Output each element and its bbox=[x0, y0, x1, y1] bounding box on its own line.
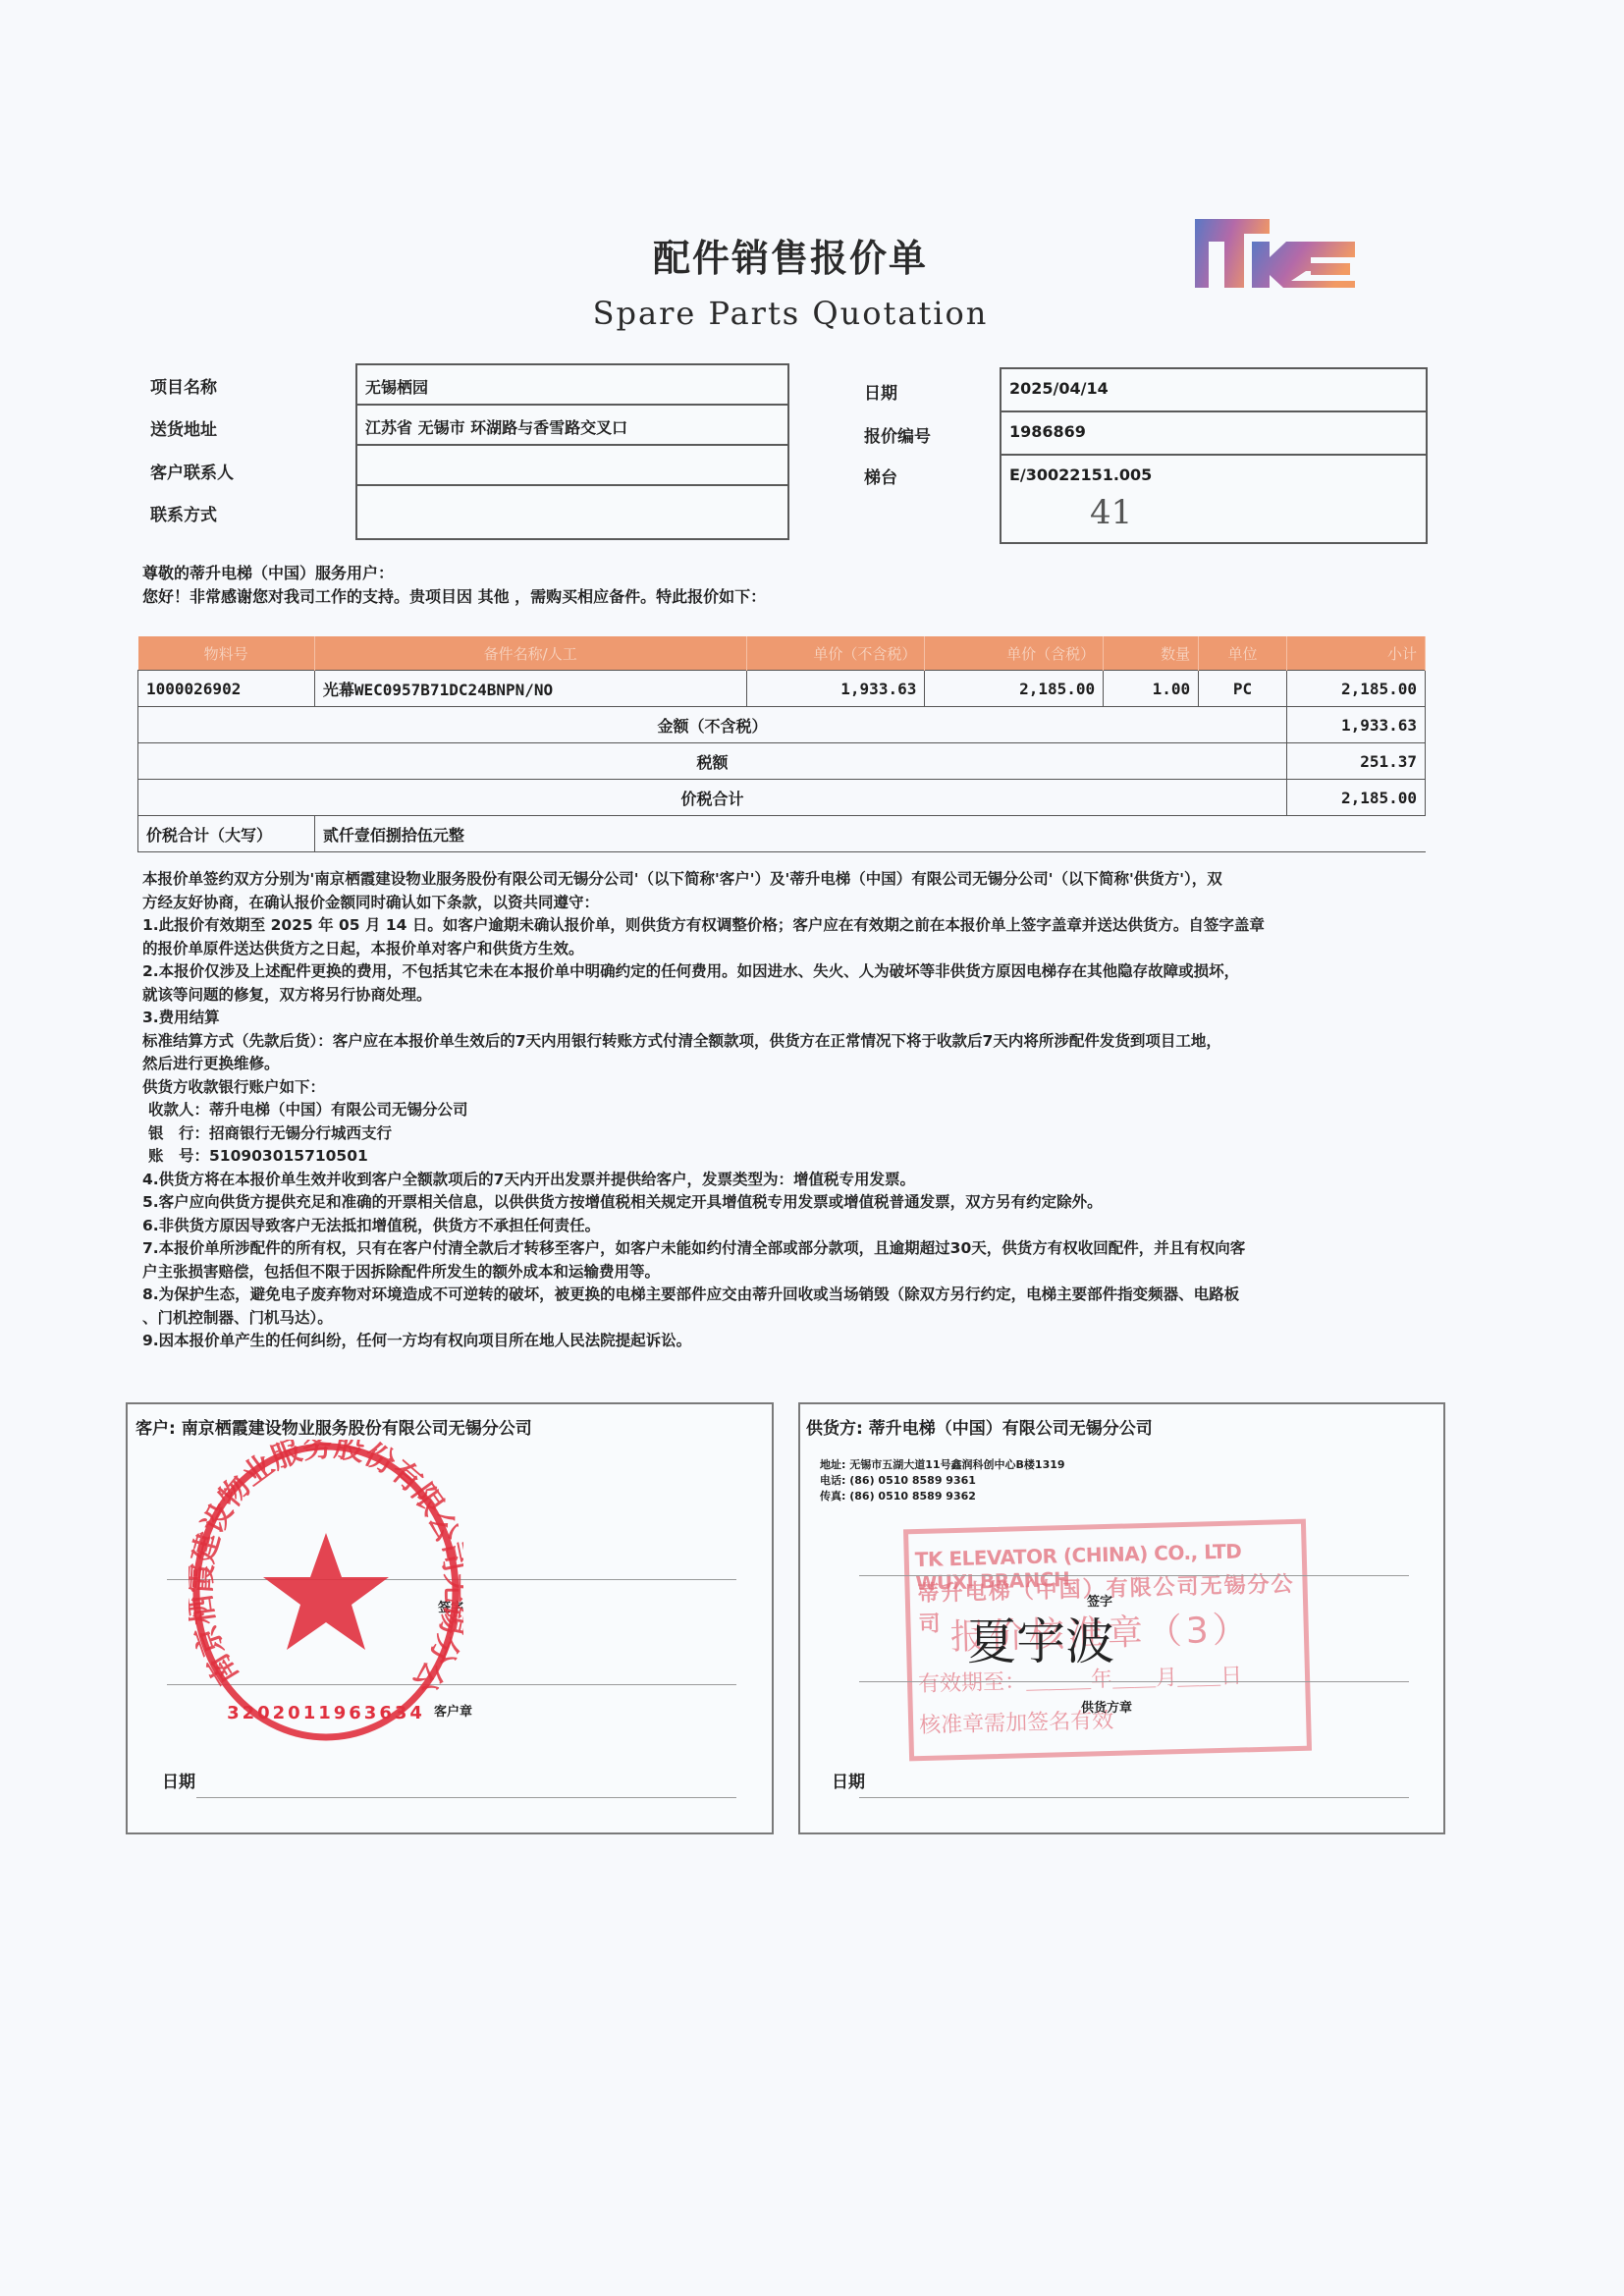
bank-name: 银 行：招商银行无锡分行城西支行 bbox=[142, 1122, 1419, 1146]
supplier-sign-line bbox=[859, 1575, 1409, 1576]
summary-label: 价税合计 bbox=[138, 780, 1287, 816]
cell-unit-price-excl: 1,933.63 bbox=[746, 671, 925, 707]
greeting-line-1: 尊敬的蒂升电梯（中国）服务用户： bbox=[142, 562, 766, 585]
term-2b: 就该等问题的修复，双方将另行协商处理。 bbox=[142, 984, 1419, 1008]
summary-label: 金额（不含税） bbox=[138, 707, 1287, 743]
supplier-fax: 传真: (86) 0510 8589 9362 bbox=[820, 1489, 1065, 1504]
supplier-phone: 电话: (86) 0510 8589 9361 bbox=[820, 1473, 1065, 1489]
quotation-table: 物料号 备件名称/人工 单价（不含税） 单价（含税） 数量 单位 小计 1000… bbox=[137, 636, 1426, 852]
customer-signature-box: 客户: 南京栖霞建设物业服务股份有限公司无锡分公司 签字 客户章 日期 南京栖霞… bbox=[126, 1402, 774, 1834]
label-date: 日期 bbox=[864, 379, 897, 404]
label-quote-no: 报价编号 bbox=[864, 422, 931, 447]
handwritten-signature: 夏宇波 bbox=[967, 1603, 1114, 1673]
summary-value: 2,185.00 bbox=[1287, 780, 1426, 816]
terms-section: 本报价单签约双方分别为'南京栖霞建设物业服务股份有限公司无锡分公司'（以下简称'… bbox=[142, 868, 1419, 1353]
term-3b: 然后进行更换维修。 bbox=[142, 1053, 1419, 1076]
bank-payee: 收款人：蒂升电梯（中国）有限公司无锡分公司 bbox=[142, 1099, 1419, 1122]
col-material-no: 物料号 bbox=[138, 636, 315, 671]
cell-qty: 1.00 bbox=[1104, 671, 1199, 707]
tke-logo-icon bbox=[1193, 214, 1360, 293]
elevator-unit-text: E/30022151.005 bbox=[1009, 465, 1152, 484]
contact-method-value bbox=[357, 486, 787, 533]
supplier-address: 地址: 无锡市五湖大道11号鑫润科创中心B楼1319 bbox=[820, 1457, 1065, 1473]
customer-date-label: 日期 bbox=[162, 1768, 195, 1792]
col-unit-price-incl: 单价（含税） bbox=[925, 636, 1104, 671]
supplier-date-label: 日期 bbox=[832, 1768, 865, 1792]
term-1a: 1.此报价有效期至 2025 年 05 月 14 日。如客户逾期未确认报价单，则… bbox=[142, 914, 1419, 938]
bank-account: 账 号：510903015710501 bbox=[142, 1145, 1419, 1169]
customer-contact-value bbox=[357, 446, 787, 486]
term-3a: 标准结算方式（先款后货）：客户应在本报价单生效后的7天内用银行转账方式付清全额款… bbox=[142, 1030, 1419, 1054]
col-qty: 数量 bbox=[1104, 636, 1199, 671]
col-subtotal: 小计 bbox=[1287, 636, 1426, 671]
total-caps-label: 价税合计（大写） bbox=[138, 816, 315, 852]
greeting-line-2: 您好！非常感谢您对我司工作的支持。贵项目因 其他 ，需购买相应备件。特此报价如下… bbox=[142, 585, 766, 609]
total-caps-value: 贰仟壹佰捌拾伍元整 bbox=[314, 816, 1425, 852]
label-elevator-unit: 梯台 bbox=[864, 464, 897, 488]
supplier-seal-line bbox=[859, 1681, 1409, 1682]
table-row: 1000026902 光幕WEC0957B71DC24BNPN/NO 1,933… bbox=[138, 671, 1426, 707]
customer-date-line bbox=[196, 1797, 736, 1798]
label-customer-contact: 客户联系人 bbox=[150, 459, 234, 483]
page-title-en: Spare Parts Quotation bbox=[0, 295, 1581, 332]
summary-row-total: 价税合计 2,185.00 bbox=[138, 780, 1426, 816]
term-7a: 7.本报价单所涉配件的所有权，只有在客户付清全款后才转移至客户，如客户未能如约付… bbox=[142, 1237, 1419, 1261]
summary-label: 税额 bbox=[138, 743, 1287, 780]
summary-row-tax: 税额 251.37 bbox=[138, 743, 1426, 780]
summary-row-amount-excl: 金额（不含税） 1,933.63 bbox=[138, 707, 1426, 743]
cell-material-no: 1000026902 bbox=[138, 671, 315, 707]
cell-unit: PC bbox=[1199, 671, 1287, 707]
table-header-row: 物料号 备件名称/人工 单价（不含税） 单价（含税） 数量 单位 小计 bbox=[138, 636, 1426, 671]
total-in-words-row: 价税合计（大写） 贰仟壹佰捌拾伍元整 bbox=[138, 816, 1426, 852]
term-3: 3.费用结算 bbox=[142, 1007, 1419, 1030]
term-1b: 的报价单原件送达供货方之日起，本报价单对客户和供货方生效。 bbox=[142, 938, 1419, 961]
term-2a: 2.本报价仅涉及上述配件更换的费用，不包括其它未在本报价单中明确约定的任何费用。… bbox=[142, 960, 1419, 984]
customer-company-seal-icon: 南京栖霞建设物业服务股份有限公司无锡分公司 3202011963634 bbox=[189, 1440, 463, 1744]
term-7b: 户主张损害赔偿，包括但不限于因拆除配件所发生的额外成本和运输费用等。 bbox=[142, 1261, 1419, 1285]
summary-value: 1,933.63 bbox=[1287, 707, 1426, 743]
cell-subtotal: 2,185.00 bbox=[1287, 671, 1426, 707]
supplier-date-line bbox=[859, 1797, 1409, 1798]
term-8a: 8.为保护生态，避免电子废弃物对环境造成不可逆转的破坏，被更换的电梯主要部件应交… bbox=[142, 1284, 1419, 1307]
cell-unit-price-incl: 2,185.00 bbox=[925, 671, 1104, 707]
bank-intro: 供货方收款银行账户如下： bbox=[142, 1076, 1419, 1100]
info-right-box: 2025/04/14 1986869 E/30022151.005 41 bbox=[1000, 367, 1428, 544]
col-part-name: 备件名称/人工 bbox=[314, 636, 746, 671]
supplier-contact-info: 地址: 无锡市五湖大道11号鑫润科创中心B楼1319 电话: (86) 0510… bbox=[820, 1457, 1065, 1504]
cell-part-name: 光幕WEC0957B71DC24BNPN/NO bbox=[314, 671, 746, 707]
info-left-box: 无锡栖园 江苏省 无锡市 环湖路与香雪路交叉口 bbox=[355, 363, 789, 540]
date-value: 2025/04/14 bbox=[1001, 369, 1426, 412]
handwritten-note: 41 bbox=[1090, 493, 1132, 532]
term-4: 4.供货方将在本报价单生效并收到客户全额款项后的7天内开出发票并提供给客户，发票… bbox=[142, 1169, 1419, 1192]
quote-no-value: 1986869 bbox=[1001, 412, 1426, 456]
col-unit-price-excl: 单价（不含税） bbox=[746, 636, 925, 671]
term-5: 5.客户应向供货方提供充足和准确的开票相关信息，以供供货方按增值税相关规定开具增… bbox=[142, 1191, 1419, 1215]
greeting: 尊敬的蒂升电梯（中国）服务用户： 您好！非常感谢您对我司工作的支持。贵项目因 其… bbox=[142, 562, 766, 609]
terms-intro-1: 本报价单签约双方分别为'南京栖霞建设物业服务股份有限公司无锡分公司'（以下简称'… bbox=[142, 868, 1419, 892]
customer-box-title: 客户: 南京栖霞建设物业服务股份有限公司无锡分公司 bbox=[135, 1414, 532, 1439]
label-project-name: 项目名称 bbox=[150, 373, 217, 398]
term-9: 9.因本报价单产生的任何纠纷，任何一方均有权向项目所在地人民法院提起诉讼。 bbox=[142, 1330, 1419, 1353]
elevator-unit-value: E/30022151.005 41 bbox=[1001, 456, 1426, 538]
supplier-box-title: 供货方: 蒂升电梯（中国）有限公司无锡分公司 bbox=[806, 1414, 1153, 1439]
seal-number: 3202011963634 bbox=[227, 1703, 425, 1723]
delivery-address-value: 江苏省 无锡市 环湖路与香雪路交叉口 bbox=[357, 406, 787, 446]
label-contact-method: 联系方式 bbox=[150, 501, 217, 525]
project-name-value: 无锡栖园 bbox=[357, 365, 787, 406]
summary-value: 251.37 bbox=[1287, 743, 1426, 780]
label-delivery-address: 送货地址 bbox=[150, 415, 217, 440]
col-unit: 单位 bbox=[1199, 636, 1287, 671]
supplier-seal-caption: 供货方章 bbox=[1081, 1697, 1132, 1716]
term-8b: 、门机控制器、门机马达）。 bbox=[142, 1307, 1419, 1331]
terms-intro-2: 方经友好协商，在确认报价金额同时确认如下条款，以资共同遵守： bbox=[142, 892, 1419, 915]
term-6: 6.非供货方原因导致客户无法抵扣增值税，供货方不承担任何责任。 bbox=[142, 1215, 1419, 1238]
supplier-signature-box: 供货方: 蒂升电梯（中国）有限公司无锡分公司 地址: 无锡市五湖大道11号鑫润科… bbox=[798, 1402, 1445, 1834]
